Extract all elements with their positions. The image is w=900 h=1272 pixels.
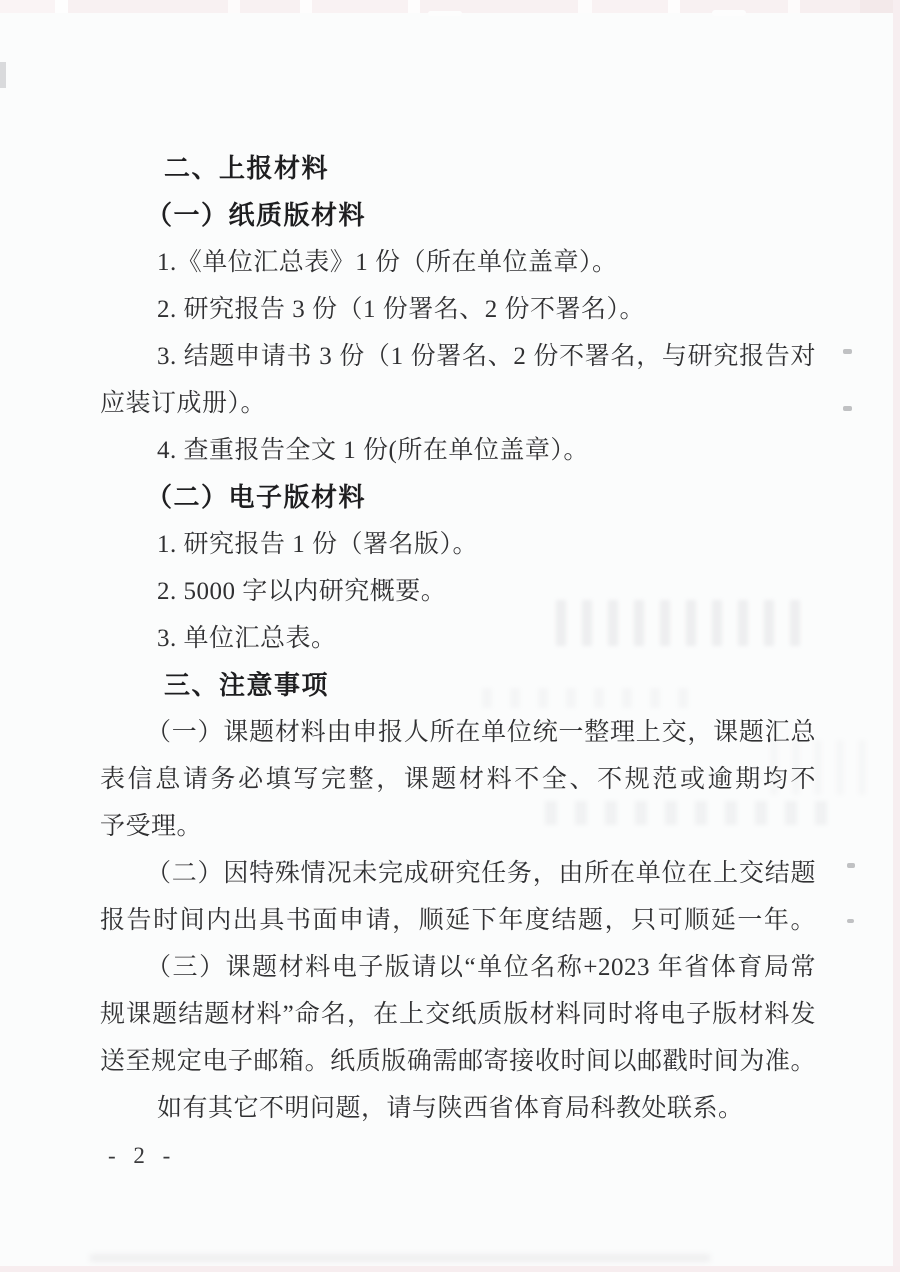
scan-dash-artifact bbox=[847, 919, 854, 923]
text-line: 报告时间内出具书面申请，顺延下年度结题，只可顺延一年。 bbox=[100, 897, 816, 944]
text-line: （二）因特殊情况未完成研究任务，由所在单位在上交结题 bbox=[100, 850, 816, 897]
text-line: （一）课题材料由申报人所在单位统一整理上交，课题汇总 bbox=[100, 709, 816, 756]
section-heading: （一）纸质版材料 bbox=[100, 192, 816, 239]
scan-edge-notch bbox=[428, 11, 462, 16]
scan-dash-artifact bbox=[843, 406, 852, 411]
scan-dash-artifact bbox=[843, 349, 852, 354]
text-line: 表信息请务必填写完整，课题材料不全、不规范或逾期均不 bbox=[100, 756, 816, 803]
text-line: 规课题结题材料”命名，在上交纸质版材料同时将电子版材料发 bbox=[100, 991, 816, 1038]
scan-edge-bottom bbox=[0, 1266, 900, 1272]
text-line: 1. 研究报告 1 份（署名版）。 bbox=[100, 521, 816, 568]
scan-edge-mark bbox=[0, 62, 6, 88]
text-line: 送至规定电子邮箱。纸质版确需邮寄接收时间以邮戳时间为准。 bbox=[100, 1038, 816, 1085]
text-line: 应装订成册）。 bbox=[100, 380, 816, 427]
text-line: 2. 5000 字以内研究概要。 bbox=[100, 568, 816, 615]
text-line: 2. 研究报告 3 份（1 份署名、2 份不署名）。 bbox=[100, 286, 816, 333]
section-heading: 二、上报材料 bbox=[100, 145, 816, 192]
text-line: 1.《单位汇总表》1 份（所在单位盖章）。 bbox=[100, 239, 816, 286]
scan-dash-artifact bbox=[847, 863, 855, 868]
scanned-document-page: 二、上报材料（一）纸质版材料1.《单位汇总表》1 份（所在单位盖章）。2. 研究… bbox=[0, 0, 900, 1272]
scan-smudge-artifact bbox=[90, 1254, 710, 1262]
text-line: 如有其它不明问题，请与陕西省体育局科教处联系。 bbox=[100, 1085, 816, 1132]
scan-edge-right bbox=[893, 0, 900, 1272]
text-line: （三）课题材料电子版请以“单位名称+2023 年省体育局常 bbox=[100, 944, 816, 991]
text-line: 予受理。 bbox=[100, 803, 816, 850]
page-number: - 2 - bbox=[108, 1143, 176, 1169]
scan-edge-notch bbox=[712, 10, 746, 16]
document-body: 二、上报材料（一）纸质版材料1.《单位汇总表》1 份（所在单位盖章）。2. 研究… bbox=[100, 145, 816, 1132]
text-line: 4. 查重报告全文 1 份(所在单位盖章）。 bbox=[100, 427, 816, 474]
section-heading: （二）电子版材料 bbox=[100, 474, 816, 521]
section-heading: 三、注意事项 bbox=[100, 662, 816, 709]
text-line: 3. 单位汇总表。 bbox=[100, 615, 816, 662]
text-line: 3. 结题申请书 3 份（1 份署名、2 份不署名，与研究报告对 bbox=[100, 333, 816, 380]
